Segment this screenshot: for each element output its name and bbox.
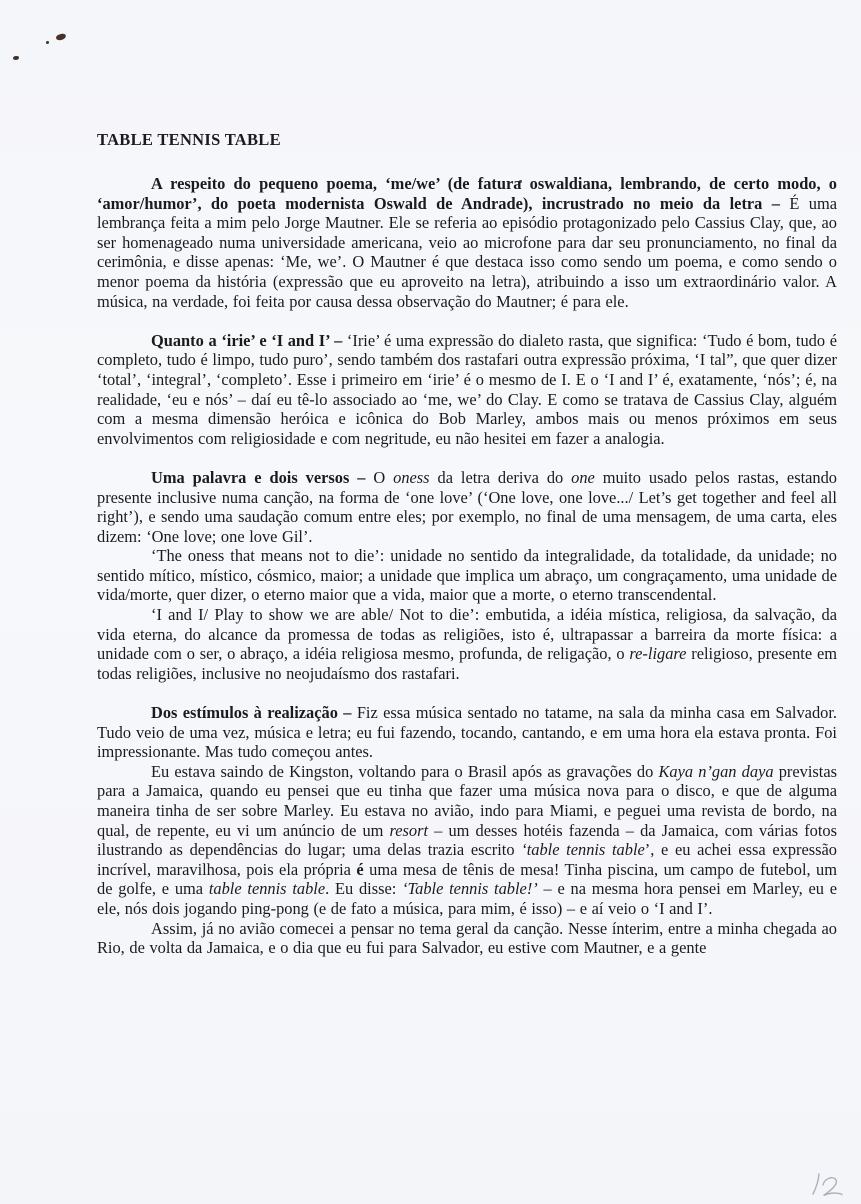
- text-run-regular: Assim, já no avião comecei a pensar no t…: [97, 919, 837, 958]
- text-run-regular: da letra deriva do: [430, 468, 572, 487]
- paragraph-irie-i-and-i: Quanto a ‘irie’ e ‘I and I’ – ‘Irie’ é u…: [97, 331, 837, 449]
- text-run-italic: Kaya n’gan daya: [658, 762, 773, 781]
- text-run-italic: ‘Table tennis table!’: [402, 879, 538, 898]
- paragraph-i-and-i-play: ‘I and I/ Play to show we are able/ Not …: [97, 605, 837, 683]
- ink-speck: [46, 41, 49, 44]
- text-run-italic: re-ligare: [629, 644, 686, 663]
- text-run-regular: Eu estava saindo de Kingston, voltando p…: [151, 762, 658, 781]
- text-run-italic: oness: [393, 468, 429, 487]
- text-run-italic: ‘table tennis table: [521, 840, 645, 859]
- text-run-italic: one: [571, 468, 595, 487]
- paragraph-saindo-kingston: Eu estava saindo de Kingston, voltando p…: [97, 762, 837, 919]
- document-content: TABLE TENNIS TABLE A respeito do pequeno…: [97, 130, 837, 958]
- text-run-bold: é: [356, 860, 363, 879]
- text-run-bold: Dos estímulos à realização –: [151, 703, 357, 722]
- text-run-bold: Uma palavra e dois versos –: [151, 468, 373, 487]
- text-run-regular: ‘The oness that means not to die’: unida…: [97, 546, 837, 604]
- paragraph-about-me-we: A respeito do pequeno poema, ‘me/we’ (de…: [97, 174, 837, 311]
- paragraph-the-oness: ‘The oness that means not to die’: unida…: [97, 546, 837, 605]
- text-run-italic: resort: [390, 821, 429, 840]
- text-run-bold: A respeito do pequeno poema, ‘me/we’ (de…: [97, 174, 837, 213]
- text-run-regular: . Eu disse:: [325, 879, 402, 898]
- handwritten-pencil-mark: [806, 1168, 852, 1204]
- paragraph-dos-estimulos: Dos estímulos à realização – Fiz essa mú…: [97, 703, 837, 762]
- document-title: TABLE TENNIS TABLE: [97, 130, 837, 150]
- text-run-regular: O: [373, 468, 393, 487]
- ink-speck: [55, 33, 66, 41]
- text-run-italic: table tennis table: [209, 879, 325, 898]
- ink-speck: [13, 56, 19, 60]
- paragraph-assim-no-aviao: Assim, já no avião comecei a pensar no t…: [97, 919, 837, 958]
- paragraph-uma-palavra: Uma palavra e dois versos – O oness da l…: [97, 468, 837, 546]
- scanned-page: TABLE TENNIS TABLE A respeito do pequeno…: [0, 0, 861, 1204]
- text-run-bold: Quanto a ‘irie’ e ‘I and I’ –: [151, 331, 347, 350]
